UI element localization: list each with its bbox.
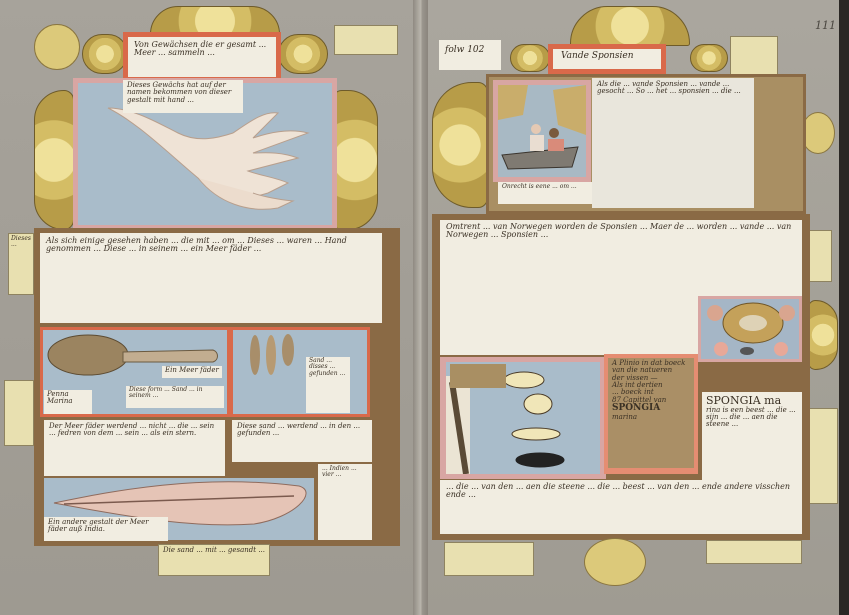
right-top-text: Als die ... vande Sponsien ... vande ...… — [597, 81, 749, 96]
sand-text-box: Diese sand ... werdend ... in den ... ge… — [232, 420, 372, 462]
label-text: Sand ... disses ... gefunden ... — [309, 358, 347, 377]
fish-panel-note — [450, 364, 506, 388]
blank-margin-label — [806, 408, 838, 504]
blank-margin-label — [4, 380, 34, 446]
form-note-label: Diese form ... Sand ... in seinem ... — [126, 386, 224, 408]
page-number: 111 — [815, 20, 839, 34]
sand-text: Diese sand ... werdend ... in den ... ge… — [237, 423, 367, 438]
feather-caption-label: Ein andere gestalt der Meer fäder auß In… — [44, 517, 168, 541]
gold-roundel — [584, 538, 646, 586]
hand-caption-text: Dieses Gewächs hat auf der namen bekomme… — [127, 82, 239, 104]
left-main-text-box: Als sich einige gesehen haben ... die mi… — [40, 233, 382, 323]
sponge-illustration — [698, 296, 802, 362]
scroll-ornament — [432, 82, 488, 208]
right-title-banner: Vande Sponsien — [548, 44, 666, 74]
boat-caption-text: Onrecht is eene ... om ... — [502, 184, 604, 190]
penna-marina-label: Penna Marina — [44, 390, 92, 414]
sponge-divers-illustration — [493, 80, 591, 182]
label-text: Penna Marina — [47, 391, 89, 406]
source-box: A Plinio in dat boeck van die natueren d… — [608, 358, 694, 468]
right-bottom-text-box: ... die ... van den ... aen die steene .… — [440, 480, 802, 534]
margin-note-text: Dieses ... — [11, 236, 31, 249]
sponge-icon — [701, 299, 799, 359]
blank-label — [444, 542, 534, 576]
bottom-note-text: Die sand ... mit ... gesandt ... — [163, 547, 265, 554]
folio-label-text: folw 102 — [445, 46, 495, 55]
label-text: Ein Meer fäder — [165, 367, 219, 374]
blank-label — [706, 540, 802, 564]
spongia-body: rina is een beest ... die ... sijn ... d… — [706, 407, 798, 429]
spongia-label: SPONGIA ma rina is een beest ... die ...… — [702, 392, 802, 484]
feather-caption-text: Ein andere gestalt der Meer fäder auß In… — [48, 519, 164, 534]
bottom-note: Die sand ... mit ... gesandt ... — [158, 544, 270, 576]
sand-note-label: Sand ... disses ... gefunden ... — [306, 357, 350, 413]
gold-roundel — [34, 24, 80, 70]
scroll-ornament — [690, 44, 728, 72]
feather-plants-icon — [233, 330, 303, 414]
cartouche-crest — [570, 6, 690, 46]
left-title-text: Von Gewächsen die er gesamt ... Meer ...… — [134, 41, 270, 58]
right-bottom-text: ... die ... van den ... aen die steene .… — [446, 483, 796, 500]
folio-label: folw 102 — [439, 40, 501, 70]
scroll-ornament — [808, 300, 838, 370]
scroll-ornament — [278, 34, 328, 74]
page-edge — [839, 0, 849, 615]
margin-note: Dieses ... — [8, 233, 34, 295]
blank-margin-label — [808, 230, 832, 282]
scroll-ornament — [82, 34, 128, 74]
meer-fader-text-box: Der Meer fäder werdend ... nicht ... die… — [44, 420, 228, 476]
gold-roundel — [801, 112, 835, 154]
side-note-text: ... Indien ... vier ... — [322, 466, 368, 479]
boat-icon — [498, 85, 586, 177]
page-number-text: 111 — [815, 20, 839, 32]
right-top-text-box: Als die ... vande Sponsien ... vande ...… — [592, 78, 754, 208]
scroll-ornament — [510, 44, 550, 72]
label-text: Diese form ... Sand ... in seinem ... — [129, 387, 221, 400]
left-title-banner: Von Gewächsen die er gesamt ... Meer ...… — [123, 32, 281, 82]
right-title-text: Vande Sponsien — [561, 52, 653, 61]
ein-meer-fader-label: Ein Meer fäder — [162, 366, 222, 378]
blank-label — [730, 36, 778, 78]
scroll-ornament — [332, 90, 378, 230]
hand-caption-label: Dieses Gewächs hat auf der namen bekomme… — [123, 80, 243, 113]
blank-label — [334, 25, 398, 55]
meer-fader-text: Der Meer fäder werdend ... nicht ... die… — [49, 423, 220, 438]
left-main-text: Als sich einige gesehen haben ... die mi… — [46, 237, 376, 254]
source-subheading: marina — [612, 414, 690, 421]
scroll-ornament — [34, 90, 74, 230]
right-main-text: Omtrent ... van Norwegen worden de Spons… — [446, 223, 796, 240]
india-side-note: ... Indien ... vier ... — [318, 464, 372, 540]
spongia-heading: SPONGIA ma — [706, 395, 798, 407]
